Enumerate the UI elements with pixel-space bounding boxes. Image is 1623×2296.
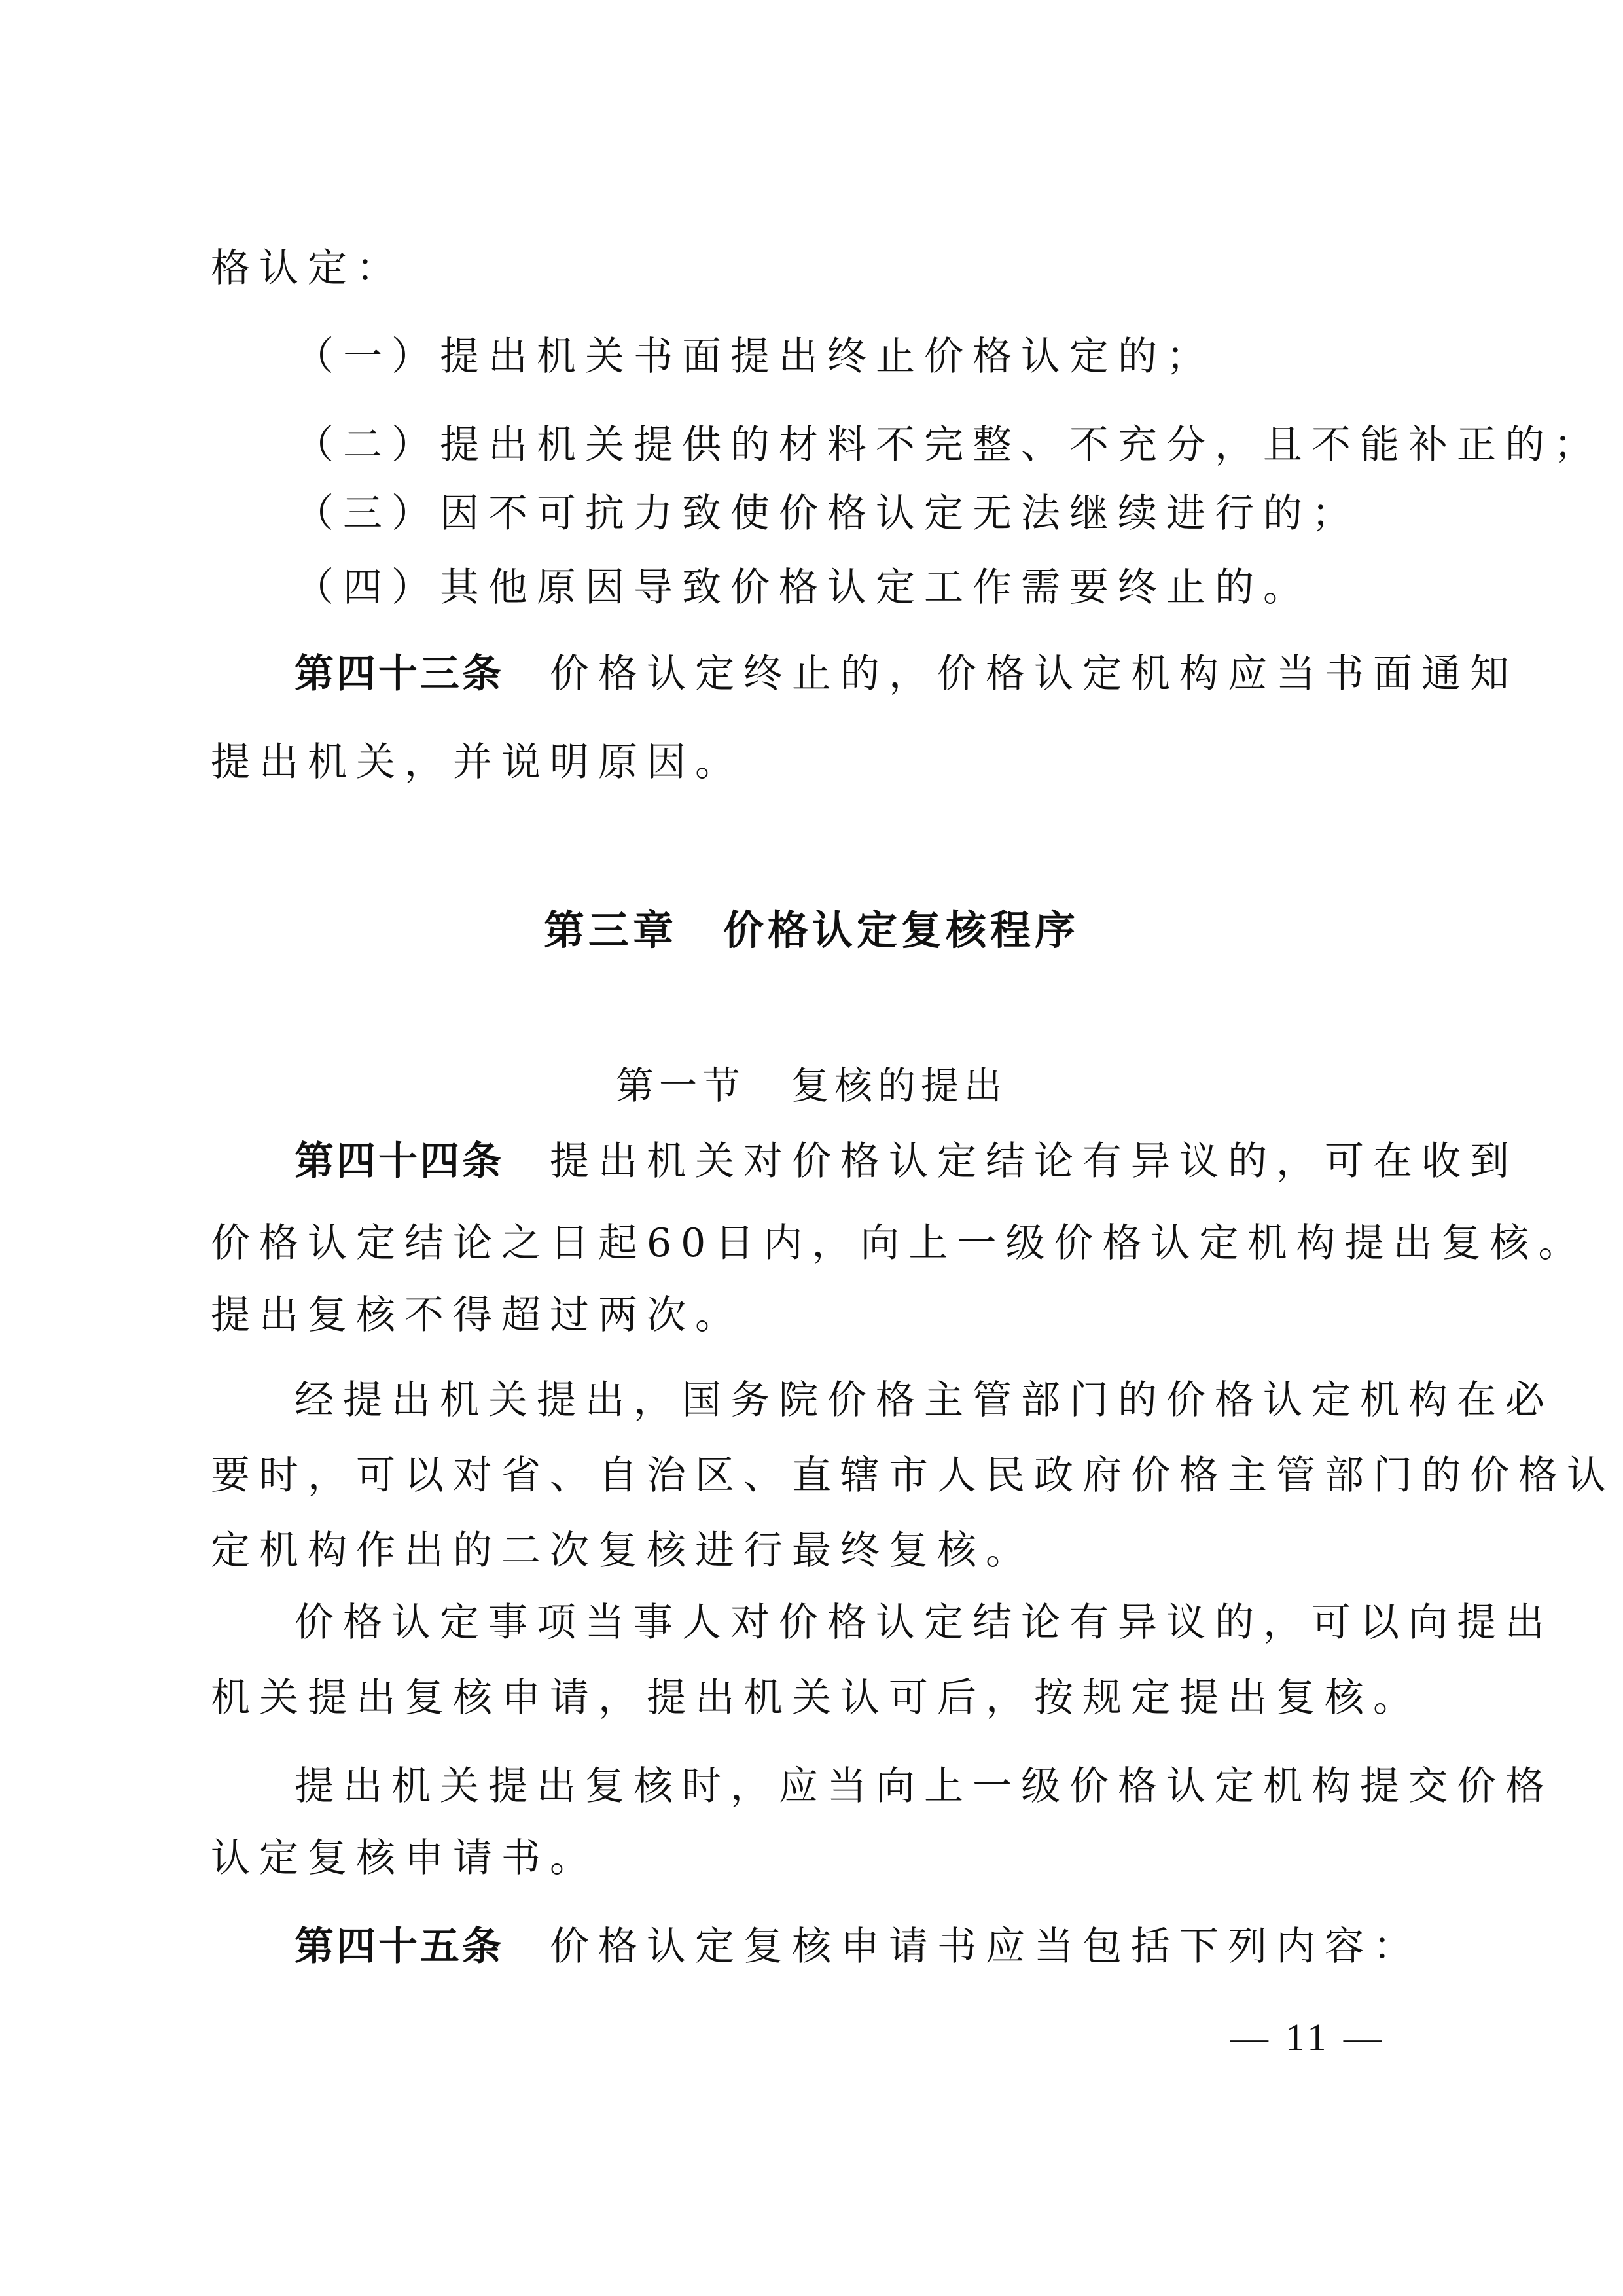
text-line: 经提出机关提出，国务院价格主管部门的价格认定机构在必 xyxy=(294,1374,1499,1426)
list-item-2: （二）提出机关提供的材料不完整、不充分，且不能补正的； xyxy=(294,419,1499,471)
text-line: 价格认定结论之日起60日内，向上一级价格认定机构提出复核。 xyxy=(211,1217,1415,1269)
text-line: 定机构作出的二次复核进行最终复核。 xyxy=(211,1525,1415,1577)
text-line: 认定复核申请书。 xyxy=(211,1832,1415,1884)
document-page: 格认定： （一）提出机关书面提出终止价格认定的； （二）提出机关提供的材料不完整… xyxy=(0,0,1623,2296)
article-label: 第四十三条 xyxy=(294,651,504,697)
article-43: 第四十三条价格认定终止的，价格认定机构应当书面通知 xyxy=(294,648,1499,700)
chapter-title: 价格认定复核程序 xyxy=(723,906,1079,954)
list-item-4: （四）其他原因导致价格认定工作需要终止的。 xyxy=(294,561,1499,614)
text-line: 价格认定事项当事人对价格认定结论有异议的，可以向提出 xyxy=(294,1597,1499,1649)
text-line: 格认定： xyxy=(211,242,1415,294)
section-title: 复核的提出 xyxy=(791,1063,1007,1108)
article-45: 第四十五条价格认定复核申请书应当包括下列内容： xyxy=(294,1920,1499,1973)
text-line: 要时，可以对省、自治区、直辖市人民政府价格主管部门的价格认 xyxy=(211,1449,1415,1502)
page-number: — 11 — xyxy=(1230,2015,1385,2059)
text-line: 提出复核不得超过两次。 xyxy=(211,1289,1415,1341)
section-heading: 第一节复核的提出 xyxy=(0,1055,1623,1110)
chapter-number: 第三章 xyxy=(544,906,677,954)
list-item-1: （一）提出机关书面提出终止价格认定的； xyxy=(294,330,1499,383)
text-line: 提出机关，并说明原因。 xyxy=(211,736,1415,788)
chapter-heading: 第三章价格认定复核程序 xyxy=(0,898,1623,956)
article-text: 提出机关对价格认定结论有异议的，可在收到 xyxy=(550,1139,1518,1184)
article-label: 第四十五条 xyxy=(294,1924,504,1969)
text-line: 提出机关提出复核时，应当向上一级价格认定机构提交价格 xyxy=(294,1760,1499,1812)
article-label: 第四十四条 xyxy=(294,1139,504,1184)
text-line: 机关提出复核申请，提出机关认可后，按规定提出复核。 xyxy=(211,1672,1415,1724)
section-number: 第一节 xyxy=(616,1063,745,1108)
article-text: 价格认定复核申请书应当包括下列内容： xyxy=(550,1924,1421,1969)
list-item-3: （三）因不可抗力致使价格认定无法继续进行的； xyxy=(294,487,1499,540)
article-text: 价格认定终止的，价格认定机构应当书面通知 xyxy=(550,651,1518,697)
article-44: 第四十四条提出机关对价格认定结论有异议的，可在收到 xyxy=(294,1135,1499,1188)
